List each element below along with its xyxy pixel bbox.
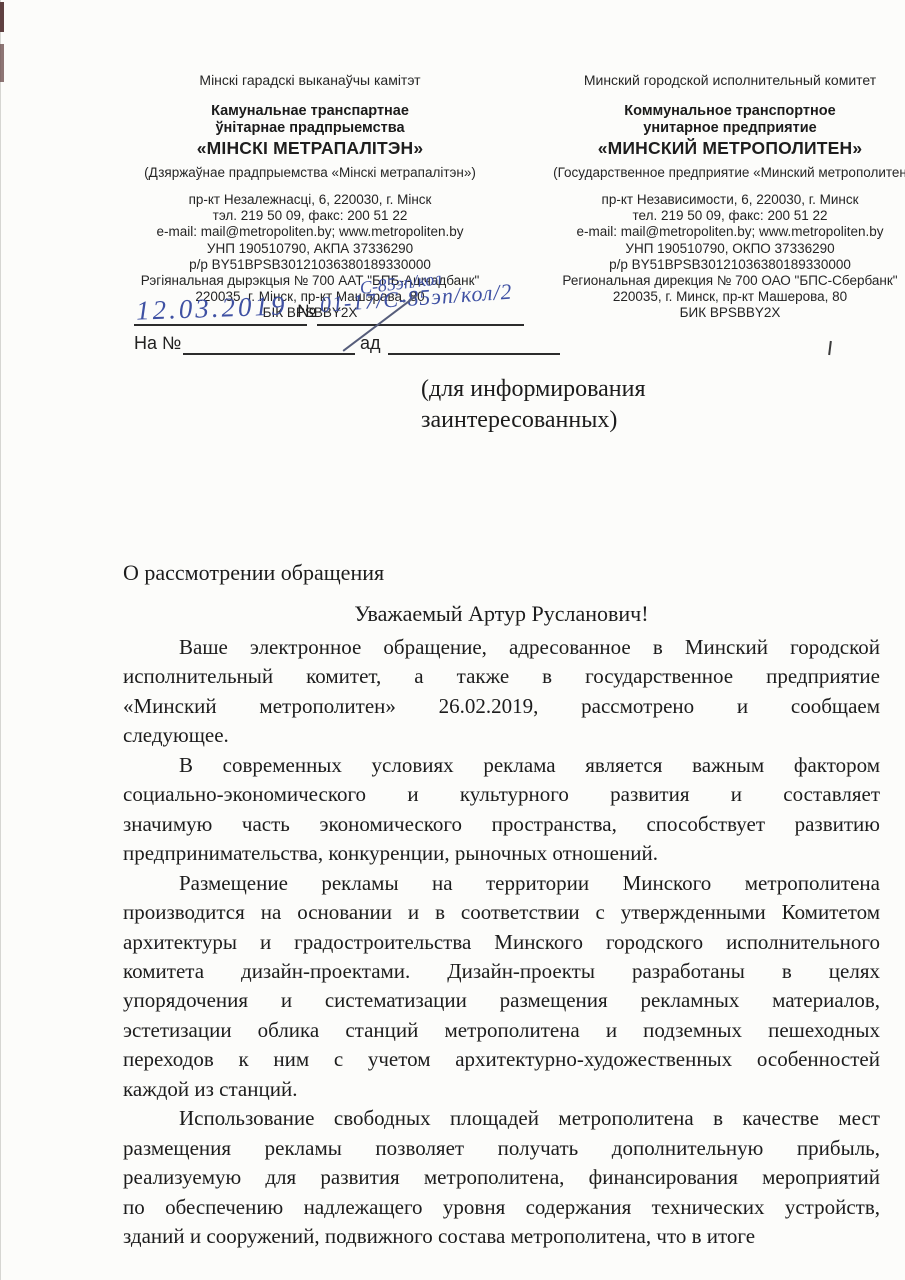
- org-official-name: (Государственное предприятие «Минский ме…: [544, 165, 905, 180]
- addressee-note: (для информирования заинтересованных): [421, 374, 646, 436]
- body-paragraph: В современных условиях реклама является …: [123, 751, 880, 869]
- org-type-line2: унитарное предприятие: [544, 120, 905, 137]
- body-line: реализуемую для развития метрополитена, …: [123, 1163, 880, 1192]
- scan-edge-line: [0, 0, 1, 1280]
- reply-date-underline: [388, 353, 560, 355]
- scan-corner-mark: [0, 44, 4, 82]
- body-line: предпринимательства, конкуренции, рыночн…: [123, 839, 880, 868]
- address-line: тэл. 219 50 09, факс: 200 51 22: [124, 208, 496, 224]
- reply-number-underline: [183, 353, 355, 355]
- body-line: Размещение рекламы на территории Минског…: [123, 869, 880, 898]
- address-line: 220035, г. Минск, пр-кт Машерова, 80: [544, 289, 905, 305]
- scan-corner-mark: [0, 2, 4, 32]
- letter-subject: О рассмотрении обращения: [123, 560, 384, 586]
- pen-mark: [828, 341, 832, 355]
- body-line: упорядочения и систематизации размещения…: [123, 986, 880, 1015]
- authority-name: Мінскі гарадскі выканаўчы камітэт: [124, 72, 496, 88]
- body-paragraph: Размещение рекламы на территории Минског…: [123, 869, 880, 1105]
- body-line: переходов к ним с учетом архитектурно-ху…: [123, 1045, 880, 1074]
- body-line: «Минский метрополитен» 26.02.2019, рассм…: [123, 692, 880, 721]
- address-line: Региональная дирекция № 700 ОАО "БПС-Сбе…: [544, 273, 905, 289]
- date-underline: [134, 324, 307, 326]
- authority-name: Минский городской исполнительный комитет: [544, 72, 905, 88]
- body-line: по обеспечению надлежащего уровня содерж…: [123, 1193, 880, 1222]
- address-line: e-mail: mail@metropoliten.by; www.metrop…: [544, 224, 905, 240]
- body-line: социально-экономического и культурного р…: [123, 780, 880, 809]
- body-line: зданий и сооружений, подвижного состава …: [123, 1222, 880, 1251]
- body-line: исполнительный комитет, а также в госуда…: [123, 662, 880, 691]
- org-type-line1: Камунальнае транспартнае: [124, 103, 496, 120]
- address-block: пр-кт Независимости, 6, 220030, г. Минск…: [544, 192, 905, 322]
- address-line: БИК BPSBBY2X: [544, 305, 905, 321]
- body-paragraph: Использование свободных площадей метропо…: [123, 1104, 880, 1251]
- letterhead-right: Минский городской исполнительный комитет…: [544, 72, 905, 322]
- org-name: «МІНСКІ МЕТРАПАЛІТЭН»: [124, 137, 496, 159]
- org-type-line1: Коммунальное транспортное: [544, 103, 905, 120]
- address-line: р/р BY51BPSB30121036380189330000: [544, 257, 905, 273]
- address-line: пр-кт Независимости, 6, 220030, г. Минск: [544, 192, 905, 208]
- number-sign-label: №: [297, 301, 316, 322]
- body-line: В современных условиях реклама является …: [123, 751, 880, 780]
- body-line: следующее.: [123, 721, 880, 750]
- body-line: Ваше электронное обращение, адресованное…: [123, 633, 880, 662]
- body-line: значимую часть экономического пространст…: [123, 810, 880, 839]
- scanned-letter-page: { "page": { "colors": { "ink": "#1e1e1e"…: [0, 0, 905, 1280]
- body-line: размещения рекламы позволяет получать до…: [123, 1134, 880, 1163]
- addressee-note-line: (для информирования: [421, 374, 646, 405]
- body-line: производится на основании и в соответств…: [123, 898, 880, 927]
- body-line: комитета дизайн-проектами. Дизайн-проект…: [123, 957, 880, 986]
- org-official-name: (Дзяржаўнае прадпрыемства «Мінскі метрап…: [124, 165, 496, 180]
- letter-body: Ваше электронное обращение, адресованное…: [123, 633, 880, 1252]
- body-line: эстетизации облика станций метрополитена…: [123, 1016, 880, 1045]
- org-name: «МИНСКИЙ МЕТРОПОЛИТЕН»: [544, 137, 905, 159]
- salutation: Уважаемый Артур Русланович!: [123, 601, 880, 627]
- address-line: e-mail: mail@metropoliten.by; www.metrop…: [124, 224, 496, 240]
- address-line: УНП 190510790, ОКПО 37336290: [544, 241, 905, 257]
- number-underline: [317, 324, 524, 326]
- org-type-line2: ўнітарнае прадпрыемства: [124, 120, 496, 137]
- address-line: тел. 219 50 09, факс: 200 51 22: [544, 208, 905, 224]
- body-paragraph: Ваше электронное обращение, адресованное…: [123, 633, 880, 751]
- address-line: УНП 190510790, АКПА 37336290: [124, 241, 496, 257]
- body-line: Использование свободных площадей метропо…: [123, 1104, 880, 1133]
- addressee-note-line: заинтересованных): [421, 405, 646, 436]
- handwritten-date: 12.03.2019: [136, 290, 288, 326]
- address-line: пр-кт Незалежнасці, 6, 220030, г. Мінск: [124, 192, 496, 208]
- body-line: каждой из станций.: [123, 1075, 880, 1104]
- body-line: архитектуры и градостроительства Минског…: [123, 928, 880, 957]
- reply-to-label: На №: [134, 333, 181, 354]
